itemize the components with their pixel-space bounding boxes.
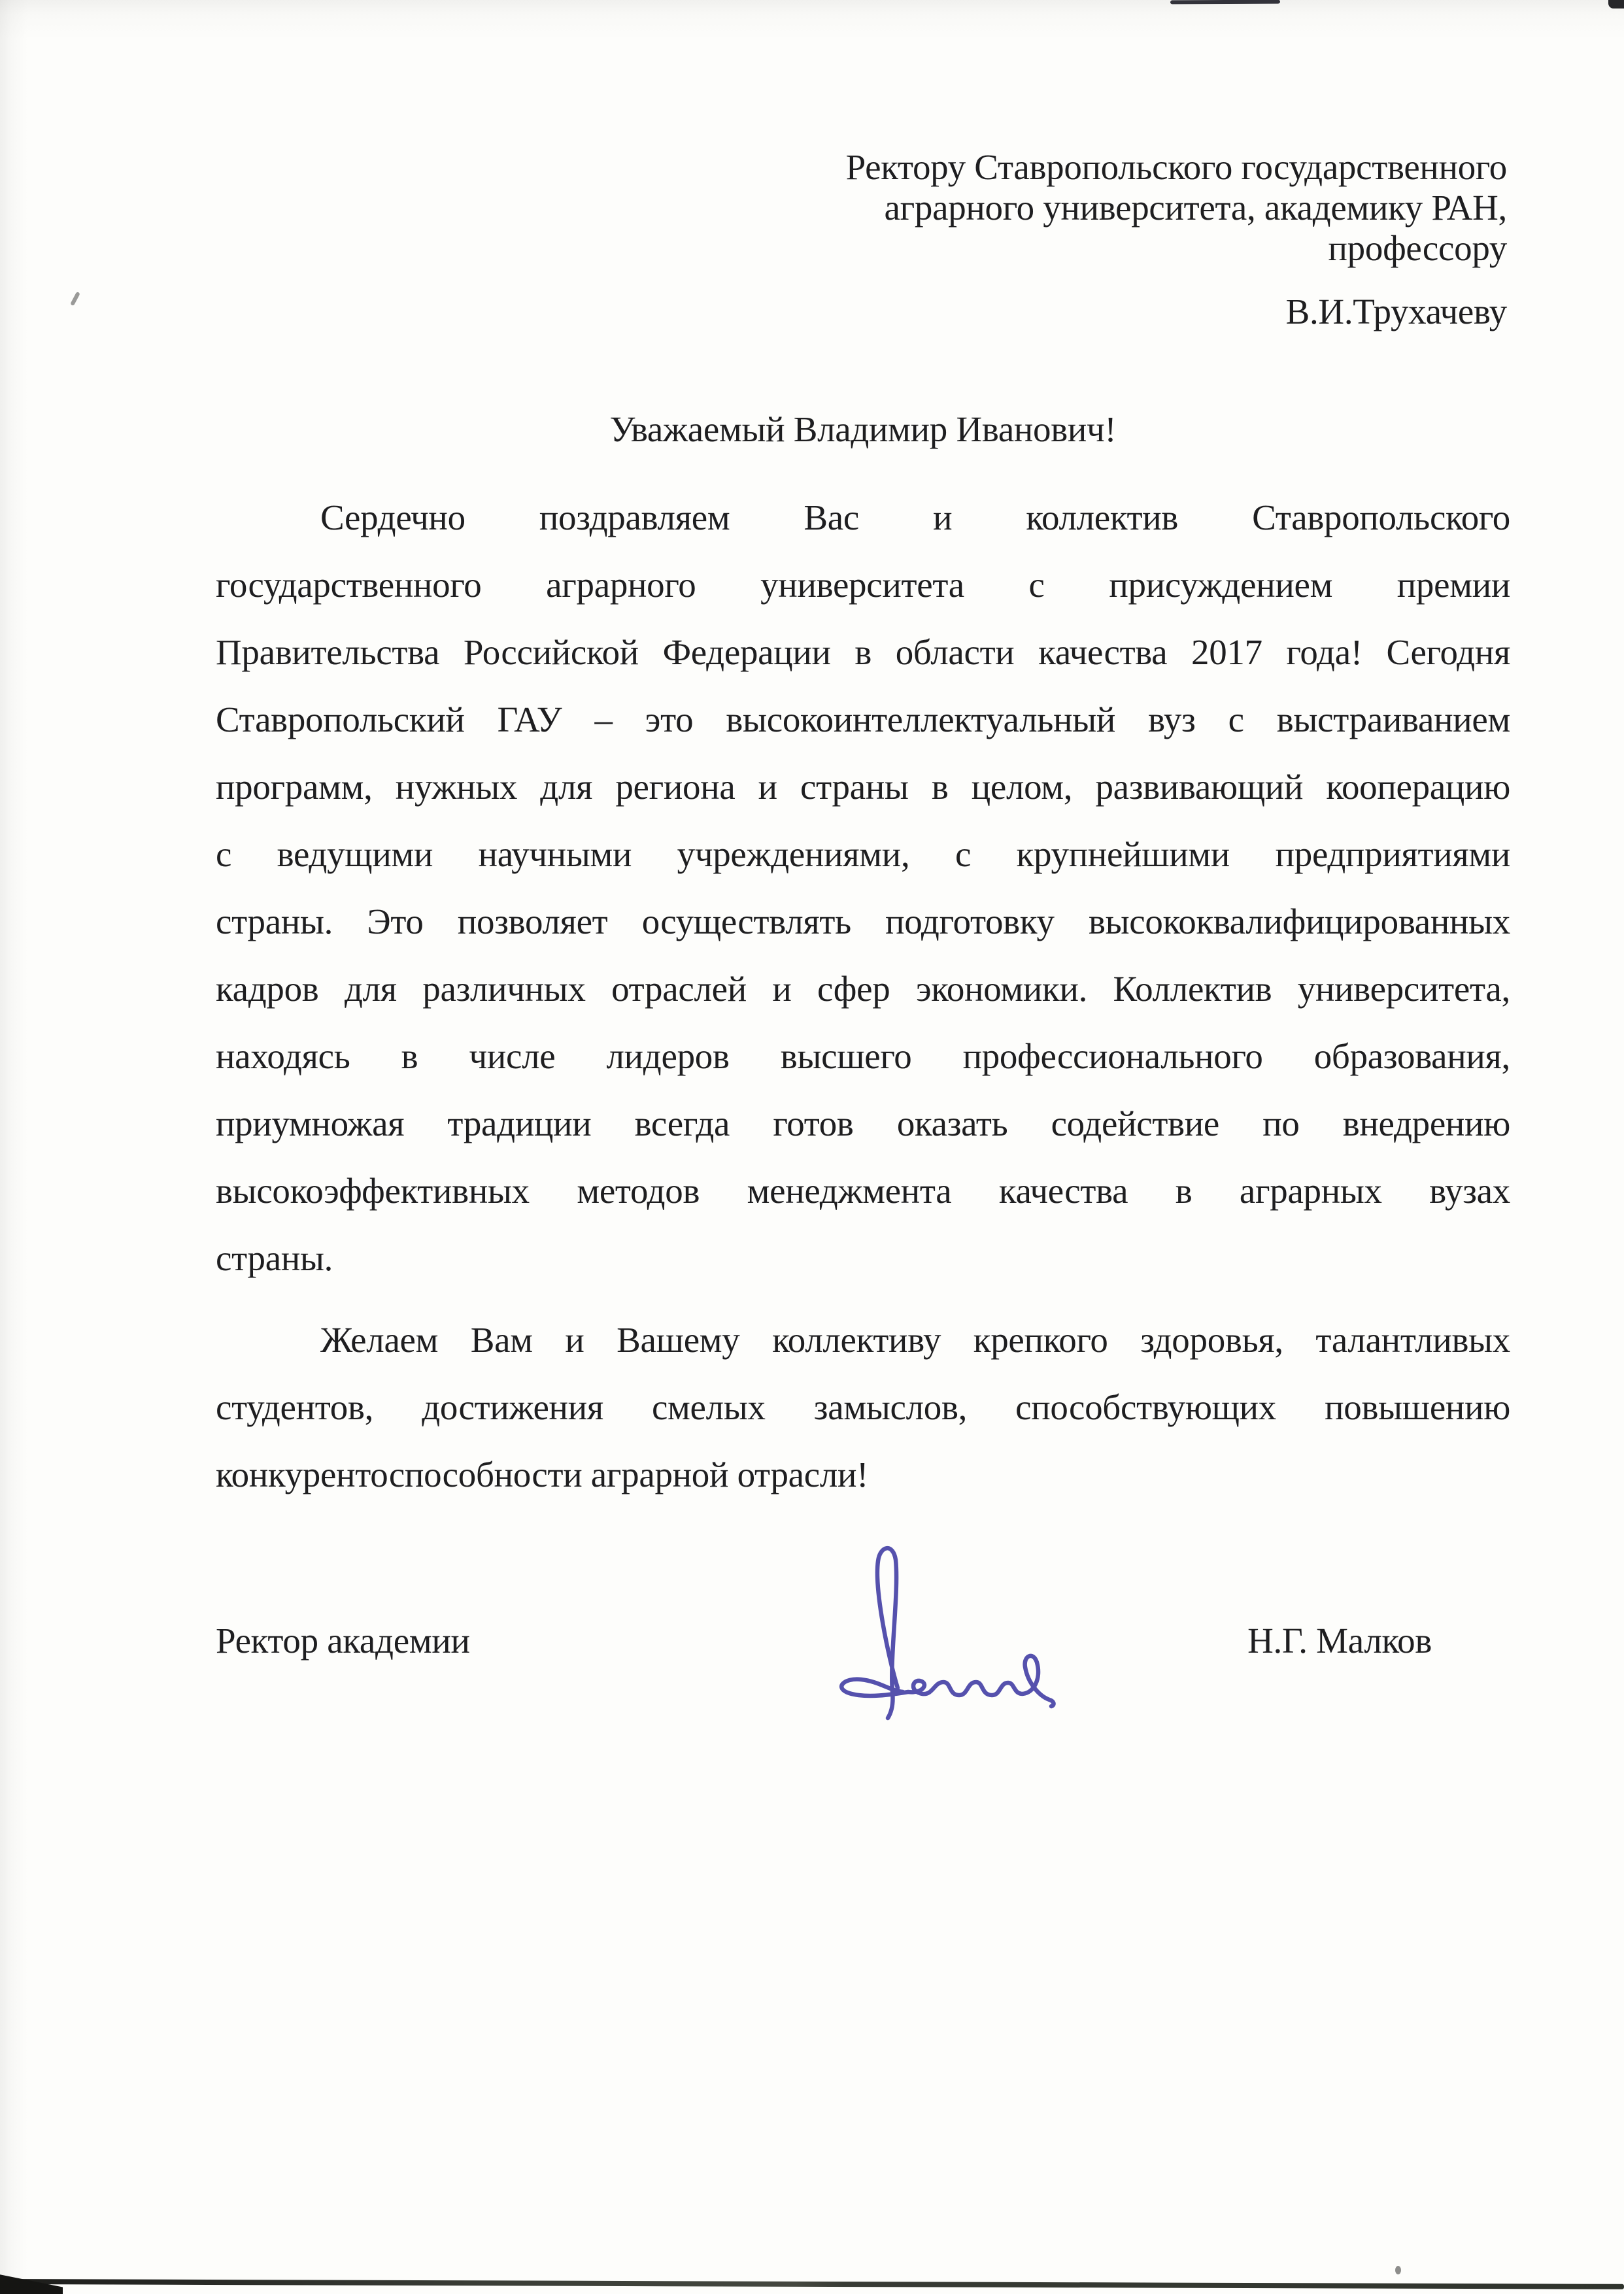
paragraph-line: программ, нужных для региона и страны в … [216, 753, 1510, 820]
paragraph-line: страны. Это позволяет осуществлять подго… [216, 888, 1510, 955]
paragraph-line: студентов, достижения смелых замыслов, с… [216, 1374, 1510, 1441]
paragraph-line: конкурентоспособности аграрной отрасли! [216, 1441, 1510, 1508]
body-paragraph-1: Сердечно поздравляем Вас и коллектив Ста… [216, 484, 1510, 1292]
paragraph-line: высокоэффективных методов менеджмента ка… [216, 1157, 1510, 1224]
salutation: Уважаемый Владимир Иванович! [216, 396, 1510, 463]
signer-name: Н.Г. Малков [1247, 1607, 1432, 1674]
addressee-block: Ректору Ставропольского государственного… [788, 147, 1507, 332]
addressee-line: Ректору Ставропольского государственного [788, 147, 1507, 188]
paragraph-line: страны. [216, 1224, 1510, 1292]
paragraph-line: Желаем Вам и Вашему коллективу крепкого … [216, 1306, 1510, 1374]
signer-title: Ректор академии [216, 1607, 470, 1674]
addressee-line: профессору [788, 228, 1507, 269]
paragraph-line: находясь в числе лидеров высшего професс… [216, 1022, 1510, 1090]
paragraph-line: с ведущими научными учреждениями, с круп… [216, 820, 1510, 888]
scan-speck-left-margin [70, 292, 80, 306]
scan-speck-bottom [1395, 2266, 1401, 2274]
scan-artifact-top-edge-mark [1170, 0, 1280, 4]
letter-page: Ректору Ставропольского государственного… [0, 0, 1624, 2294]
body-paragraph-2: Желаем Вам и Вашему коллективу крепкого … [216, 1306, 1510, 1508]
paragraph-line: Ставропольский ГАУ – это высокоинтеллект… [216, 686, 1510, 753]
handwritten-signature-ink [820, 1530, 1056, 1726]
paragraph-line: кадров для различных отраслей и сфер эко… [216, 955, 1510, 1022]
paragraph-line: приумножая традиции всегда готов оказать… [216, 1090, 1510, 1157]
paragraph-line: Правительства Российской Федерации в обл… [216, 618, 1510, 686]
paragraph-line: Сердечно поздравляем Вас и коллектив Ста… [216, 484, 1510, 551]
signature-row: Ректор академии Н.Г. Малков [216, 1607, 1510, 1674]
scan-artifact-top-right-mark [1608, 0, 1624, 8]
addressee-name: В.И.Трухачеву [788, 292, 1507, 332]
paragraph-line: государственного аграрного университета … [216, 551, 1510, 618]
scan-artifact-bottom-edge-line [0, 2279, 1624, 2289]
addressee-line: аграрного университета, академику РАН, [788, 188, 1507, 228]
